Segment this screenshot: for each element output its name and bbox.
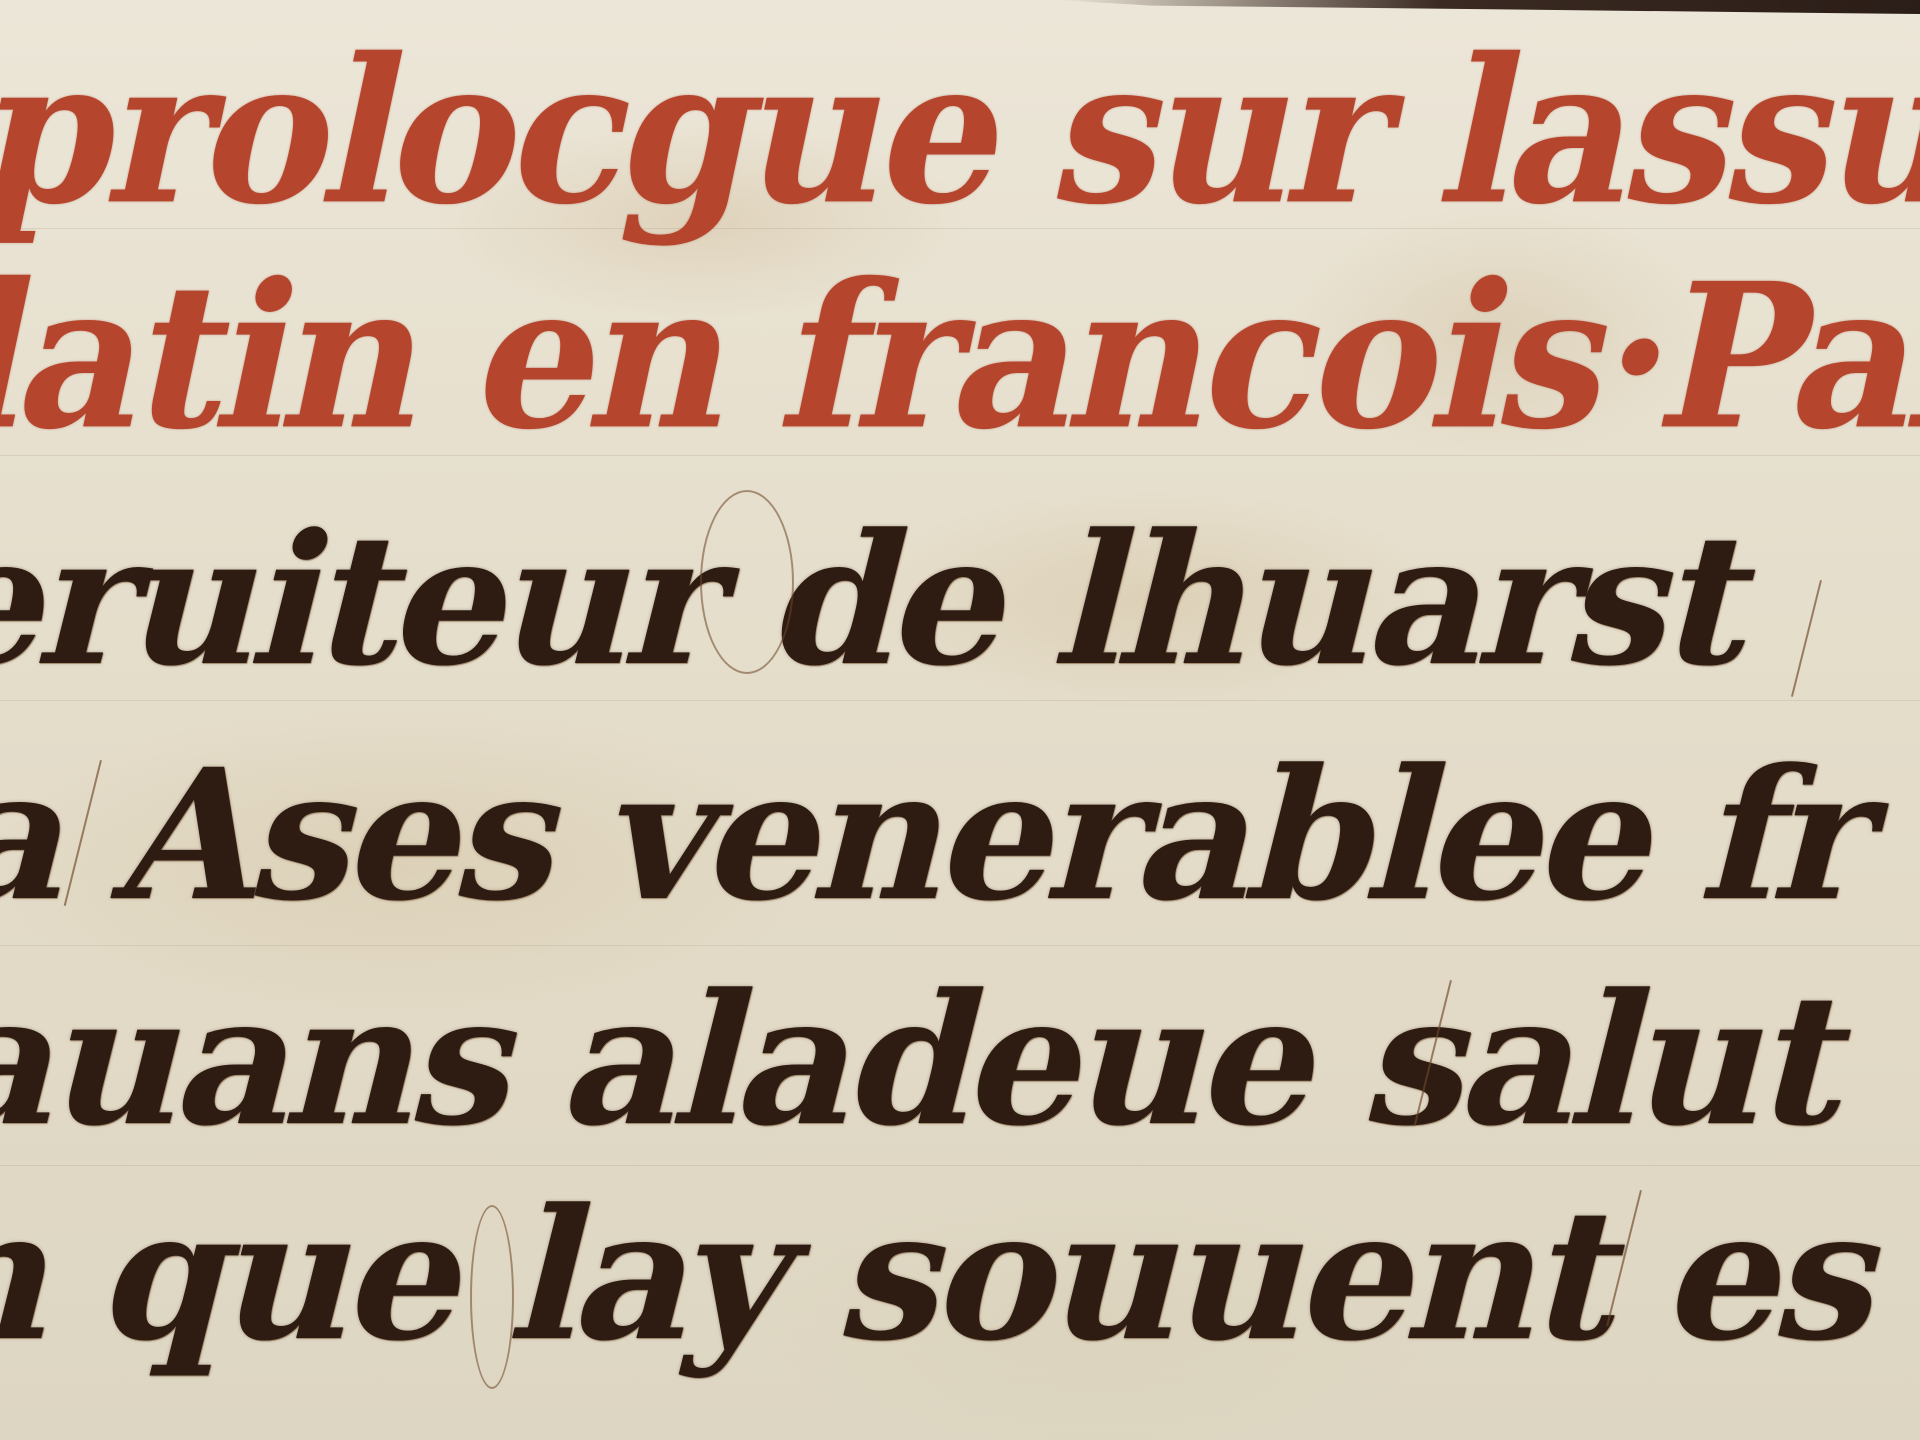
manuscript-page: prolocgue sur lassupti latin en francois…	[0, 0, 1920, 1440]
text-line-1: eruiteur de lhuarst	[0, 495, 1776, 706]
rubric-line-2: latin en francois·Par·fa	[0, 239, 1920, 473]
binding-edge	[0, 0, 1920, 14]
text-line-3: auans aladeue salut	[0, 955, 1872, 1166]
text-line-2: a Ases venerablee fr	[0, 730, 1899, 941]
ruling-line	[0, 945, 1920, 946]
descender-flourish	[470, 1205, 514, 1389]
rubric-line-1: prolocgue sur lassupti	[0, 14, 1920, 248]
ascender-flourish	[700, 490, 794, 674]
hairline-stroke	[1791, 580, 1822, 697]
